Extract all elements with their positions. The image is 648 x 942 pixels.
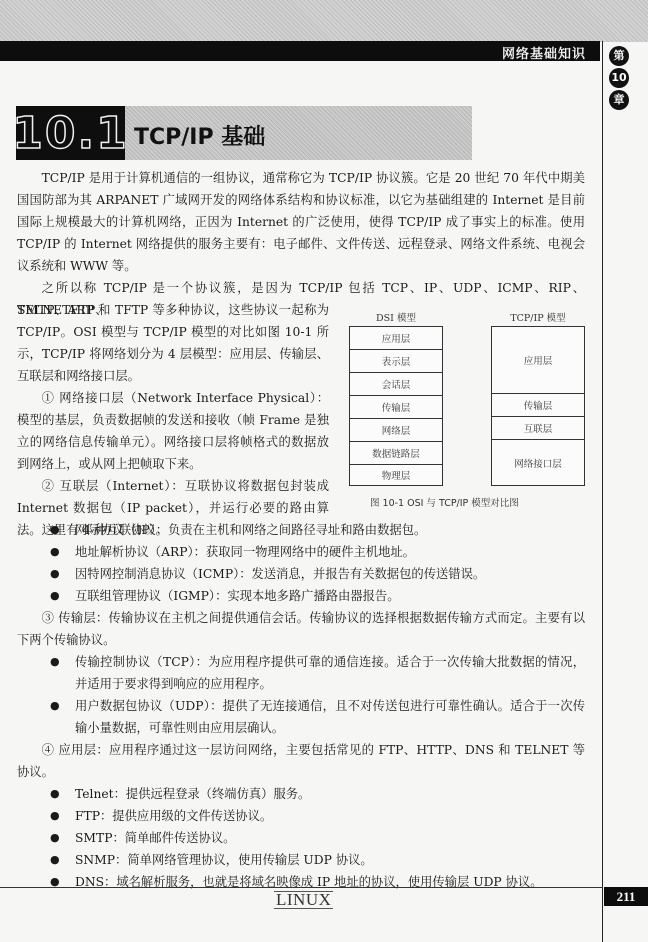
intro-block: TCP/IP 是用于计算机通信的一组协议，通常称它为 TCP/IP 协议簇。它是… <box>17 167 585 321</box>
list-item: ●FTP：提供应用级的文件传送协议。 <box>17 805 585 827</box>
bullet-icon: ● <box>50 585 60 607</box>
bullet-icon: ● <box>50 783 60 805</box>
list-item: ●SNMP：简单网络管理协议，使用传输层 UDP 协议。 <box>17 849 585 871</box>
bullet-icon: ● <box>50 541 60 563</box>
figure-caption: 图 10-1 OSI 与 TCP/IP 模型对比图 <box>370 495 610 509</box>
osi-layer: 传输层 <box>350 396 442 419</box>
main-body-lower: ●网际协议（IP）：负责在主机和网络之间路径寻址和路由数据包。 ●地址解析协议（… <box>17 519 585 893</box>
osi-model-label: DSI 模型 <box>349 310 443 324</box>
bullet-icon: ● <box>50 651 60 673</box>
list-item: ●网际协议（IP）：负责在主机和网络之间路径寻址和路由数据包。 <box>17 519 585 541</box>
page-number: 211 <box>604 887 648 906</box>
section-title-banner: 10.1 TCP/IP 基础 <box>16 106 472 160</box>
margin-rule <box>602 41 603 942</box>
bullet-icon: ● <box>50 695 60 717</box>
chapter-tab: 第 10 章 <box>606 46 632 110</box>
network-interface-layer-paragraph: ① 网络接口层（Network Interface Physical）：模型的基… <box>17 387 329 475</box>
list-item: ●互联组管理协议（IGMP）：实现本地多路广播路由器报告。 <box>17 585 585 607</box>
osi-layer: 表示层 <box>350 350 442 373</box>
chapter-tab-char: 第 <box>609 46 629 66</box>
tcpip-layer: 应用层 <box>492 327 584 394</box>
running-title: 网络基础知识 <box>502 43 586 62</box>
list-item: ●因特网控制消息协议（ICMP）：发送消息，并报告有关数据包的传送错误。 <box>17 563 585 585</box>
bullet-icon: ● <box>50 827 60 849</box>
bullet-icon: ● <box>50 563 60 585</box>
bullet-icon: ● <box>50 849 60 871</box>
section-number-box: 10.1 <box>16 106 125 160</box>
osi-layer: 网络层 <box>350 419 442 442</box>
tcpip-stack: 应用层 传输层 互联层 网络接口层 <box>491 326 585 486</box>
tcpip-model-label: TCP/IP 模型 <box>491 310 585 324</box>
bullet-icon: ● <box>50 871 60 893</box>
footer-brand-logo: LINUX <box>274 891 333 909</box>
list-item: ●用户数据包协议（UDP）：提供了无连接通信，且不对传送包进行可靠性确认。适合于… <box>17 695 585 739</box>
section-number: 10.1 <box>12 108 129 159</box>
chapter-tab-number: 10 <box>609 68 629 88</box>
osi-layer: 物理层 <box>350 465 442 485</box>
list-item: ●地址解析协议（ARP）：获取同一物理网络中的硬件主机地址。 <box>17 541 585 563</box>
tcpip-layer: 传输层 <box>492 394 584 417</box>
application-protocol-list: ●Telnet：提供远程登录（终端仿真）服务。 ●FTP：提供应用级的文件传送协… <box>17 783 585 893</box>
narrow-column: SMTP、ARP 和 TFTP 等多种协议，这些协议一起称为 TCP/IP。OS… <box>17 299 329 541</box>
tcpip-layer: 网络接口层 <box>492 440 584 485</box>
section-heading: TCP/IP 基础 <box>134 120 265 151</box>
suite-paragraph-rest: SMTP、ARP 和 TFTP 等多种协议，这些协议一起称为 TCP/IP。OS… <box>17 299 329 387</box>
osi-layer: 应用层 <box>350 327 442 350</box>
list-item: ●传输控制协议（TCP）：为应用程序提供可靠的通信连接。适合于一次传输大批数据的… <box>17 651 585 695</box>
bullet-icon: ● <box>50 805 60 827</box>
list-item: ●Telnet：提供远程登录（终端仿真）服务。 <box>17 783 585 805</box>
footer-rule <box>0 887 603 888</box>
internet-protocol-list: ●网际协议（IP）：负责在主机和网络之间路径寻址和路由数据包。 ●地址解析协议（… <box>17 519 585 607</box>
list-item: ●SMTP：简单邮件传送协议。 <box>17 827 585 849</box>
page-top-texture <box>0 0 648 42</box>
transport-protocol-list: ●传输控制协议（TCP）：为应用程序提供可靠的通信连接。适合于一次传输大批数据的… <box>17 651 585 739</box>
bullet-icon: ● <box>50 519 60 541</box>
intro-paragraph: TCP/IP 是用于计算机通信的一组协议，通常称它为 TCP/IP 协议簇。它是… <box>17 167 585 277</box>
tcpip-layer: 互联层 <box>492 417 584 440</box>
chapter-tab-char: 章 <box>609 90 629 110</box>
application-layer-paragraph: ④ 应用层：应用程序通过这一层访问网络，主要包括常见的 FTP、HTTP、DNS… <box>17 739 585 783</box>
osi-stack: 应用层 表示层 会话层 传输层 网络层 数据链路层 物理层 <box>349 326 443 486</box>
running-header: 网络基础知识 <box>0 41 600 61</box>
figure-osi-vs-tcpip: DSI 模型 TCP/IP 模型 应用层 表示层 会话层 传输层 网络层 数据链… <box>340 300 600 520</box>
osi-layer: 数据链路层 <box>350 442 442 465</box>
osi-layer: 会话层 <box>350 373 442 396</box>
transport-layer-paragraph: ③ 传输层：传输协议在主机之间提供通信会话。传输协议的选择根据数据传输方式而定。… <box>17 607 585 651</box>
